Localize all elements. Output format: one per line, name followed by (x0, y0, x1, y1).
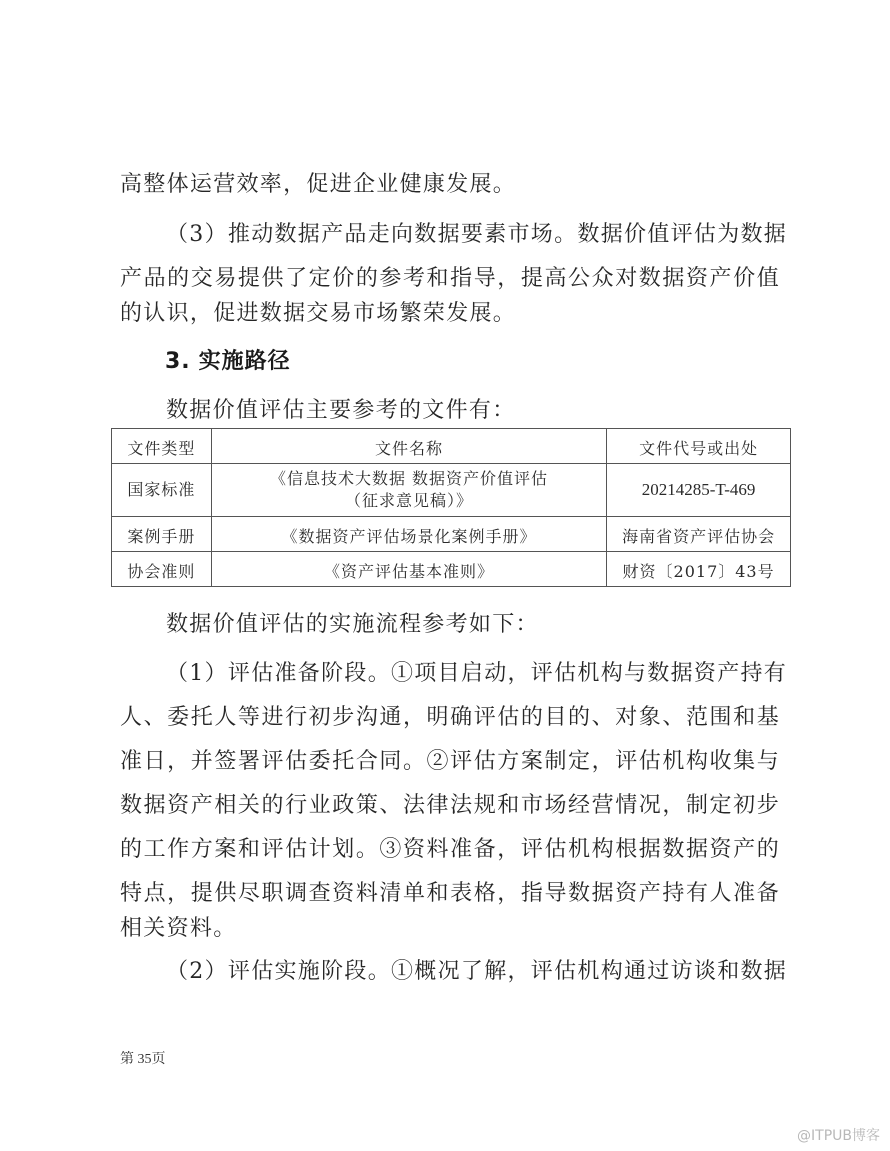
reference-table: 文件类型 文件名称 文件代号或出处 国家标准 《信息技术大数据 数据资产价值评估… (111, 428, 791, 587)
paragraph-line: 产品的交易提供了定价的参考和指导，提高公众对数据资产价值 (120, 266, 780, 292)
doc-name-cell: 《信息技术大数据 数据资产价值评估 （征求意见稿）》 (211, 464, 606, 517)
document-page: 高整体运营效率，促进企业健康发展。 （3）推动数据产品走向数据要素市场。数据价值… (0, 0, 890, 1151)
doc-type-cell: 案例手册 (112, 517, 212, 552)
page-number: 第 35页 (120, 1048, 166, 1068)
table-row: 协会准则 《资产评估基本准则》 财资〔2017〕43号 (112, 552, 791, 587)
paragraph-line: 准日，并签署评估委托合同。②评估方案制定，评估机构收集与 (120, 749, 780, 775)
doc-type-cell: 国家标准 (112, 464, 212, 517)
paragraph-line: 高整体运营效率，促进企业健康发展。 (120, 172, 780, 198)
section-heading: 3.实施路径 (165, 348, 291, 376)
paragraph-line: 的工作方案和评估计划。③资料准备，评估机构根据数据资产的 (120, 837, 780, 863)
table-row: 案例手册 《数据资产评估场景化案例手册》 海南省资产评估协会 (112, 517, 791, 552)
table-header-cell: 文件类型 (112, 429, 212, 464)
paragraph-line: 数据资产相关的行业政策、法律法规和市场经营情况，制定初步 (120, 793, 780, 819)
paragraph-line: 相关资料。 (120, 916, 780, 942)
table-row: 国家标准 《信息技术大数据 数据资产价值评估 （征求意见稿）》 20214285… (112, 464, 791, 517)
table-header-cell: 文件代号或出处 (607, 429, 791, 464)
doc-code-cell: 20214285-T-469 (607, 464, 791, 517)
paragraph-line: 的认识，促进数据交易市场繁荣发展。 (120, 301, 780, 327)
table-intro: 数据价值评估主要参考的文件有： (166, 398, 780, 424)
doc-name-cell: 《资产评估基本准则》 (211, 552, 606, 587)
paragraph-line: （2）评估实施阶段。①概况了解，评估机构通过访谈和数据 (166, 959, 780, 985)
process-intro: 数据价值评估的实施流程参考如下： (166, 612, 780, 638)
doc-name-line: 《信息技术大数据 数据资产价值评估 (216, 468, 602, 490)
doc-code-cell: 财资〔2017〕43号 (607, 552, 791, 587)
table-header-cell: 文件名称 (211, 429, 606, 464)
paragraph-line: （3）推动数据产品走向数据要素市场。数据价值评估为数据 (166, 222, 780, 248)
doc-name-line: （征求意见稿）》 (216, 490, 602, 512)
watermark: @ITPUB博客 (797, 1125, 880, 1145)
doc-type-cell: 协会准则 (112, 552, 212, 587)
table-header-row: 文件类型 文件名称 文件代号或出处 (112, 429, 791, 464)
doc-code-cell: 海南省资产评估协会 (607, 517, 791, 552)
paragraph-line: 人、委托人等进行初步沟通，明确评估的目的、对象、范围和基 (120, 705, 780, 731)
section-number: 3. (165, 349, 191, 374)
paragraph-line: （1）评估准备阶段。①项目启动，评估机构与数据资产持有 (166, 661, 780, 687)
section-title: 实施路径 (199, 349, 291, 374)
paragraph-line: 特点，提供尽职调查资料清单和表格，指导数据资产持有人准备 (120, 881, 780, 907)
doc-name-cell: 《数据资产评估场景化案例手册》 (211, 517, 606, 552)
